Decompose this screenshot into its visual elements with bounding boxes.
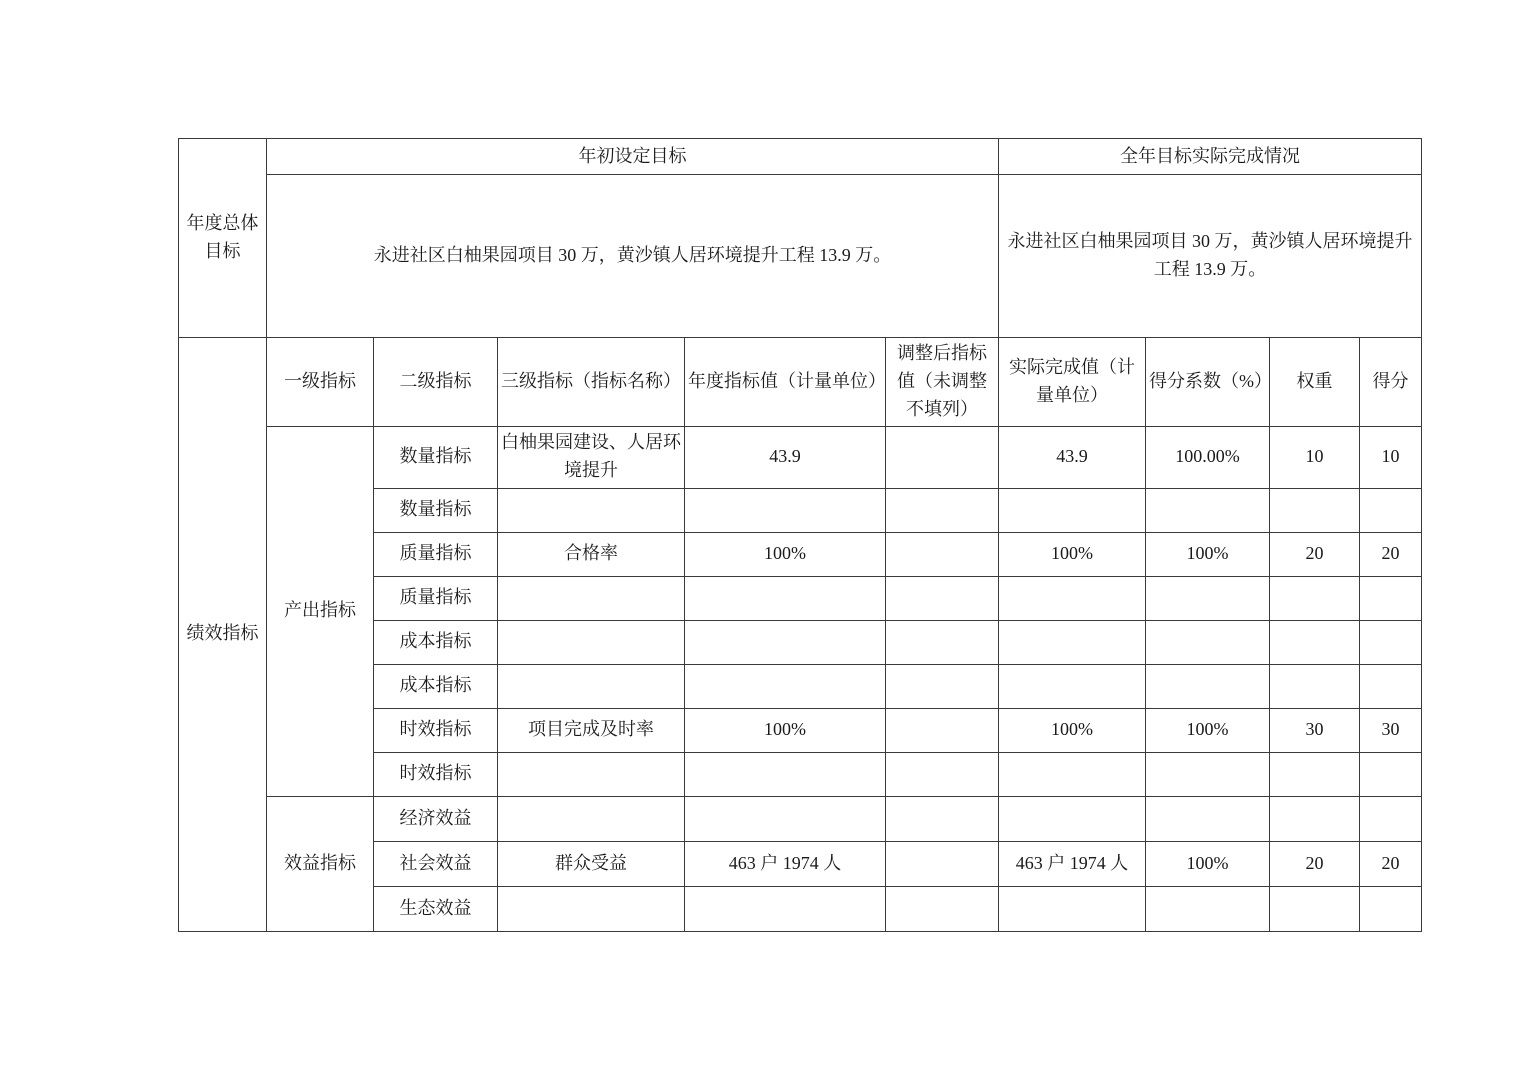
cell-level3 (498, 664, 685, 708)
cell-actual-value: 100% (999, 708, 1146, 752)
cell-adjusted-value (886, 488, 999, 532)
cell-actual-value: 100% (999, 532, 1146, 576)
cell-score-coefficient (1146, 620, 1270, 664)
cell-adjusted-value (886, 708, 999, 752)
cell-score-coefficient: 100% (1146, 708, 1270, 752)
cell-actual-value: 463 户 1974 人 (999, 841, 1146, 886)
cell-score: 10 (1360, 426, 1422, 488)
cell-level3 (498, 886, 685, 931)
cell-adjusted-value (886, 532, 999, 576)
cell-score: 20 (1360, 841, 1422, 886)
group-output-label: 产出指标 (267, 426, 374, 796)
actual-goal-header: 全年目标实际完成情况 (999, 139, 1422, 175)
cell-actual-value (999, 664, 1146, 708)
cell-level3 (498, 576, 685, 620)
cell-level2: 生态效益 (374, 886, 498, 931)
cell-level2: 质量指标 (374, 576, 498, 620)
cell-weight (1270, 664, 1360, 708)
initial-goal-header: 年初设定目标 (267, 139, 999, 175)
performance-indicator-row-label: 绩效指标 (179, 338, 267, 932)
cell-score (1360, 576, 1422, 620)
cell-level2: 数量指标 (374, 488, 498, 532)
group-benefit-label: 效益指标 (267, 796, 374, 931)
cell-annual-value (685, 752, 886, 796)
cell-level3 (498, 796, 685, 841)
header-weight: 权重 (1270, 338, 1360, 427)
cell-weight (1270, 796, 1360, 841)
cell-score-coefficient: 100% (1146, 841, 1270, 886)
cell-weight: 30 (1270, 708, 1360, 752)
cell-adjusted-value (886, 886, 999, 931)
cell-score (1360, 620, 1422, 664)
cell-level2: 成本指标 (374, 664, 498, 708)
cell-level2: 成本指标 (374, 620, 498, 664)
header-level2: 二级指标 (374, 338, 498, 427)
cell-actual-value (999, 886, 1146, 931)
cell-score (1360, 796, 1422, 841)
cell-weight: 20 (1270, 841, 1360, 886)
actual-goal-text: 永进社区白柚果园项目 30 万，黄沙镇人居环境提升工程 13.9 万。 (999, 175, 1422, 338)
goal-content-row: 永进社区白柚果园项目 30 万，黄沙镇人居环境提升工程 13.9 万。 永进社区… (179, 175, 1422, 338)
cell-adjusted-value (886, 576, 999, 620)
cell-actual-value: 43.9 (999, 426, 1146, 488)
header-adjusted-value: 调整后指标值（未调整不填列） (886, 338, 999, 427)
cell-adjusted-value (886, 664, 999, 708)
cell-level2: 时效指标 (374, 752, 498, 796)
cell-adjusted-value (886, 752, 999, 796)
cell-level3: 群众受益 (498, 841, 685, 886)
cell-score-coefficient (1146, 488, 1270, 532)
cell-level2: 经济效益 (374, 796, 498, 841)
cell-adjusted-value (886, 841, 999, 886)
goal-header-row: 年度总体目标 年初设定目标 全年目标实际完成情况 (179, 139, 1422, 175)
cell-annual-value: 463 户 1974 人 (685, 841, 886, 886)
indicator-header-row: 绩效指标 一级指标 二级指标 三级指标（指标名称） 年度指标值（计量单位） 调整… (179, 338, 1422, 427)
cell-annual-value (685, 796, 886, 841)
cell-score-coefficient (1146, 664, 1270, 708)
cell-adjusted-value (886, 796, 999, 841)
cell-level3 (498, 620, 685, 664)
cell-score-coefficient (1146, 576, 1270, 620)
cell-annual-value (685, 664, 886, 708)
cell-level3: 白柚果园建设、人居环境提升 (498, 426, 685, 488)
cell-score (1360, 752, 1422, 796)
cell-annual-value (685, 576, 886, 620)
cell-weight: 10 (1270, 426, 1360, 488)
cell-score: 20 (1360, 532, 1422, 576)
cell-weight (1270, 576, 1360, 620)
cell-actual-value (999, 752, 1146, 796)
cell-level3 (498, 488, 685, 532)
cell-level3 (498, 752, 685, 796)
cell-level2: 质量指标 (374, 532, 498, 576)
cell-score-coefficient (1146, 752, 1270, 796)
cell-weight (1270, 620, 1360, 664)
cell-actual-value (999, 620, 1146, 664)
cell-score-coefficient: 100.00% (1146, 426, 1270, 488)
header-actual-value: 实际完成值（计量单位） (999, 338, 1146, 427)
cell-level2: 时效指标 (374, 708, 498, 752)
cell-level2: 数量指标 (374, 426, 498, 488)
cell-annual-value (685, 620, 886, 664)
cell-level2: 社会效益 (374, 841, 498, 886)
cell-score-coefficient (1146, 886, 1270, 931)
document-page: 年度总体目标 年初设定目标 全年目标实际完成情况 永进社区白柚果园项目 30 万… (178, 138, 1422, 932)
indicator-row: 效益指标 经济效益 (179, 796, 1422, 841)
cell-adjusted-value (886, 620, 999, 664)
cell-adjusted-value (886, 426, 999, 488)
annual-goal-row-label: 年度总体目标 (179, 139, 267, 338)
performance-indicator-table: 年度总体目标 年初设定目标 全年目标实际完成情况 永进社区白柚果园项目 30 万… (178, 138, 1422, 932)
cell-score: 30 (1360, 708, 1422, 752)
cell-score-coefficient (1146, 796, 1270, 841)
cell-score (1360, 664, 1422, 708)
cell-weight (1270, 488, 1360, 532)
header-score: 得分 (1360, 338, 1422, 427)
indicator-row: 产出指标 数量指标 白柚果园建设、人居环境提升 43.9 43.9 100.00… (179, 426, 1422, 488)
cell-annual-value (685, 886, 886, 931)
cell-actual-value (999, 488, 1146, 532)
header-annual-value: 年度指标值（计量单位） (685, 338, 886, 427)
cell-annual-value (685, 488, 886, 532)
header-level1: 一级指标 (267, 338, 374, 427)
header-level3: 三级指标（指标名称） (498, 338, 685, 427)
cell-score-coefficient: 100% (1146, 532, 1270, 576)
header-score-coefficient: 得分系数（%） (1146, 338, 1270, 427)
cell-actual-value (999, 796, 1146, 841)
initial-goal-text: 永进社区白柚果园项目 30 万，黄沙镇人居环境提升工程 13.9 万。 (267, 175, 999, 338)
cell-annual-value: 100% (685, 532, 886, 576)
cell-annual-value: 43.9 (685, 426, 886, 488)
cell-weight (1270, 886, 1360, 931)
cell-annual-value: 100% (685, 708, 886, 752)
cell-score (1360, 488, 1422, 532)
cell-weight: 20 (1270, 532, 1360, 576)
cell-actual-value (999, 576, 1146, 620)
cell-weight (1270, 752, 1360, 796)
cell-level3: 合格率 (498, 532, 685, 576)
cell-level3: 项目完成及时率 (498, 708, 685, 752)
cell-score (1360, 886, 1422, 931)
